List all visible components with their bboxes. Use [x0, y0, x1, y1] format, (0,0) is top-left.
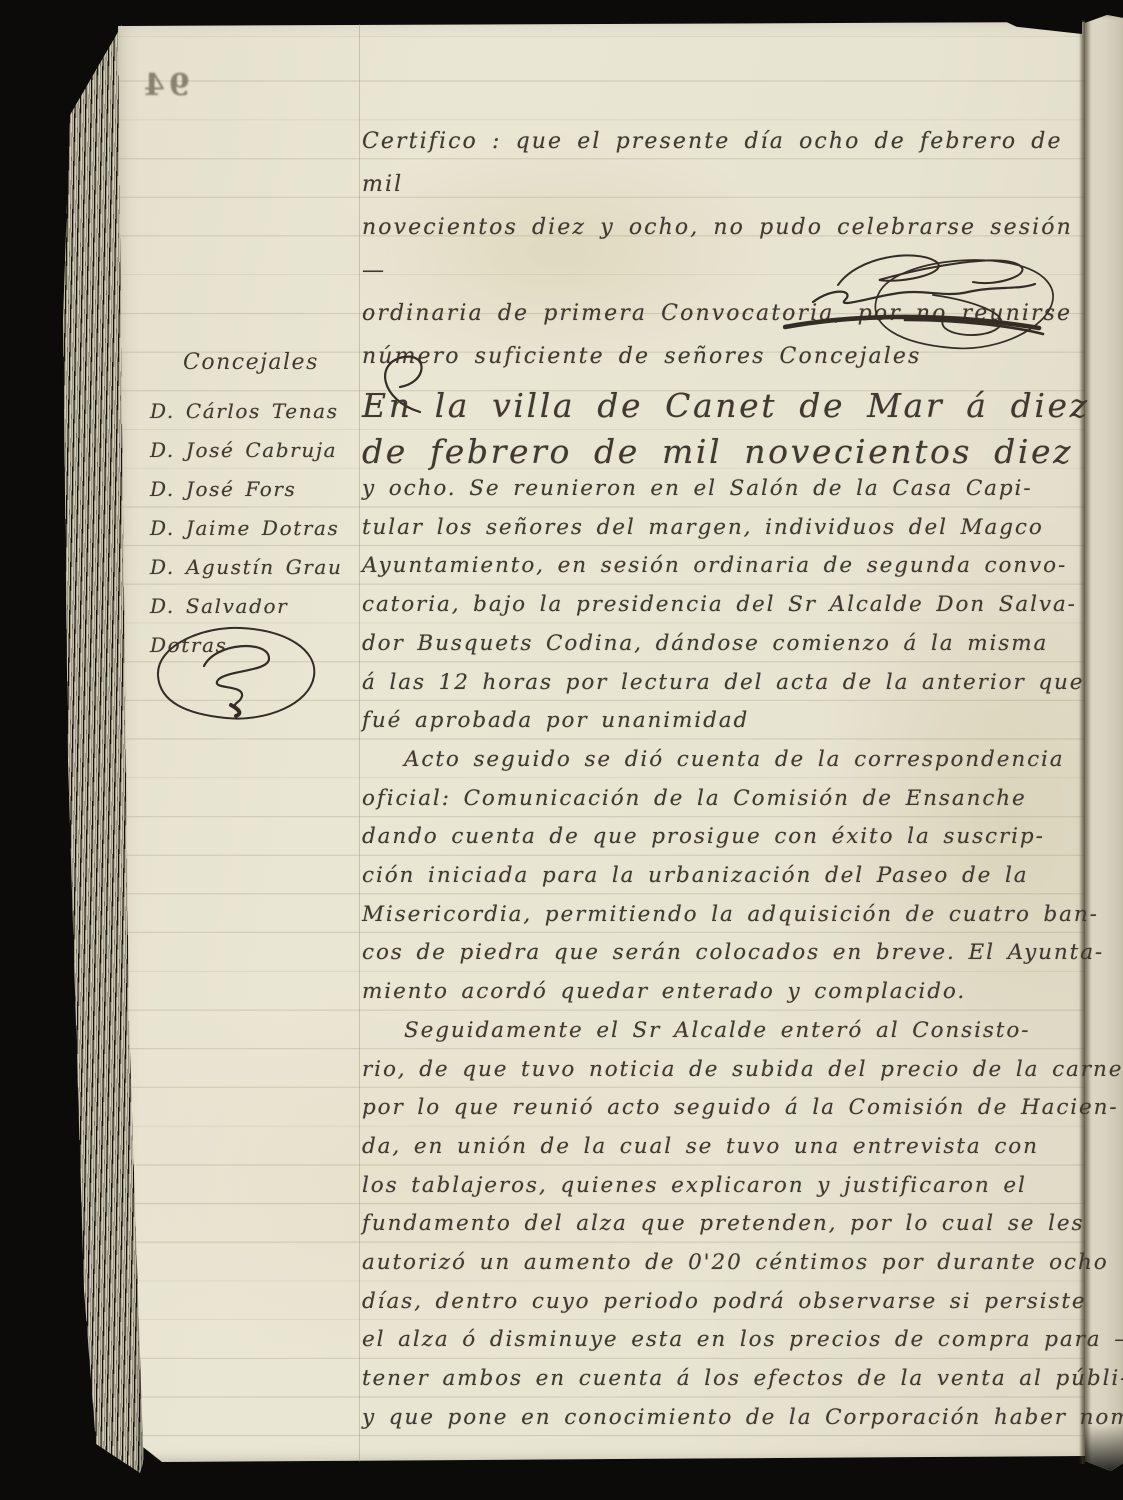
minutes-line: Seguidamente el Sr Alcalde enteró al Con… [362, 1012, 1090, 1051]
manuscript-scan: 94 Certifico : que el presente día ocho … [0, 0, 1123, 1500]
council-member: D. Jaime Dotras [150, 509, 365, 548]
minutes-line: dor Busquets Codina, dándose comienzo á … [362, 625, 1090, 664]
certification-line: Certifico : que el presente día ocho de … [362, 120, 1084, 206]
minutes-line: miento acordó quedar enterado y complaci… [362, 973, 1090, 1012]
bleedthrough-folio-number: 94 [140, 68, 190, 103]
minutes-line: los tablajeros, quienes explicaron y jus… [362, 1167, 1090, 1206]
minutes-line: fué aprobada por unanimidad [362, 702, 1090, 741]
minutes-opening-line: de febrero de mil novecientos diez [362, 429, 1088, 475]
minutes-line: catoria, bajo la presidencia del Sr Alca… [362, 586, 1090, 625]
minutes-opening: En la villa de Canet de Mar á diez de fe… [362, 383, 1088, 475]
minutes-line: fundamento del alza que pretenden, por l… [362, 1205, 1090, 1244]
minutes-body: y ocho. Se reunieron en el Salón de la C… [362, 470, 1090, 1438]
minutes-opening-line: En la villa de Canet de Mar á diez [362, 383, 1088, 429]
minutes-line: Ayuntamiento, en sesión ordinaria de seg… [362, 547, 1090, 586]
minutes-line: el alza ó disminuye esta en los precios … [362, 1321, 1090, 1360]
minutes-line: rio, de que tuvo noticia de subida del p… [362, 1051, 1090, 1090]
minutes-line: Misericordia, permitiendo la adquisición… [362, 896, 1090, 935]
minutes-line: días, dentro cuyo periodo podrá observar… [362, 1283, 1090, 1322]
minutes-line: tular los señores del margen, individuos… [362, 509, 1090, 548]
minutes-line: y que pone en conocimiento de la Corpora… [362, 1399, 1090, 1438]
minutes-line: Acto seguido se dió cuenta de la corresp… [362, 741, 1090, 780]
minutes-line: da, en unión de la cual se tuvo una entr… [362, 1128, 1090, 1167]
minutes-line: autorizó un aumento de 0'20 céntimos por… [362, 1244, 1090, 1283]
minutes-line: dando cuenta de que prosigue con éxito l… [362, 818, 1090, 857]
secretary-signature-flourish-icon [783, 240, 1078, 365]
council-member: D. Agustín Grau [150, 548, 365, 587]
minutes-line: á las 12 horas por lectura del acta de l… [362, 664, 1090, 703]
minutes-line: oficial: Comunicación de la Comisión de … [362, 780, 1090, 819]
minutes-line: por lo que reunió acto seguido á la Comi… [362, 1089, 1090, 1128]
council-member: D. José Fors [150, 470, 365, 509]
minutes-line: y ocho. Se reunieron en el Salón de la C… [362, 470, 1090, 509]
council-member: D. José Cabruja [150, 431, 365, 470]
margin-heading: Concejales [183, 350, 319, 375]
minutes-line: tener ambos en cuenta á los efectos de l… [362, 1360, 1090, 1399]
minutes-line: cos de piedra que serán colocados en bre… [362, 934, 1090, 973]
minutes-line: ción iniciada para la urbanización del P… [362, 857, 1090, 896]
council-member: D. Cárlos Tenas [150, 392, 365, 431]
margin-oval-rubric-icon [146, 614, 331, 739]
